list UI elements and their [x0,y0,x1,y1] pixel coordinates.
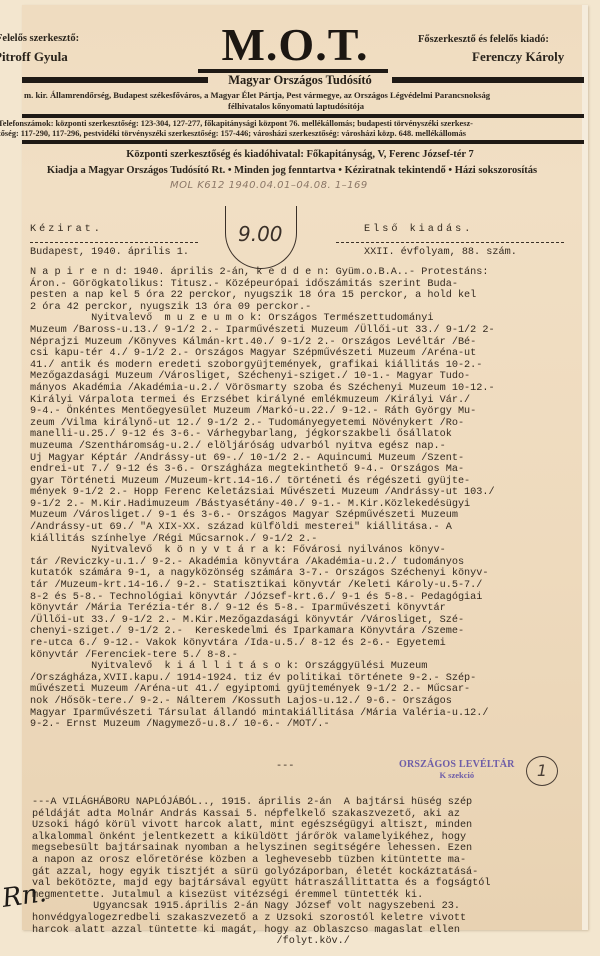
time-stamp: 9.00 [238,222,283,246]
article-line: val bekötözte, majd egy bajtársával együ… [32,878,491,890]
body-line: tár /Reviczky-u.1./ 9-2.- Akadémia könyv… [30,557,495,569]
body-line: Muzeum /Városliget./ 9-1 és 3-6.- Ország… [30,510,495,522]
chief-editor-label: Főszerkesztő és felelős kiadó: [418,34,549,46]
body-line: chenyi-sziget./ 9-1/2 2.- Kereskedelmi é… [30,626,495,638]
phone-rule-top [22,114,584,118]
chief-editor-name: Ferenczy Károly [472,49,564,64]
article-line: példáját adta Molnár András Kassai 5. né… [32,809,491,821]
museums-heading-line: Nyitvalevő m u z e u m o k: Országos Ter… [30,313,495,325]
page-number-mark: 1 [526,756,558,786]
body-line: gyar Történeti Muzeum /Muzeum-krt.14-16.… [30,476,495,488]
body-line: manelli-u.25./ 9-12 és 3-6.- Várhegybarl… [30,429,495,441]
article-line: Ugyancsak 1915.április 2-án Nagy József … [32,901,491,913]
body-line: re-utca 6./ 9-12.- Vakok könyvtára /Ida-… [30,638,495,650]
body-line: Királyi Várpalota termei és Erzsébet kir… [30,395,495,407]
publisher-notice: Kiadja a Magyar Országos Tudósító Rt. • … [0,165,592,176]
body-line: Néprajzi Muzeum /Könyves Kálmán-krt.40./… [30,337,495,349]
article-line: harcok alatt azzal tüntette ki magát, ho… [32,925,491,937]
responsible-editor-label: Felelős szerkesztő: [0,33,79,45]
article-line: a napon az orosz előretörése közben a le… [32,855,491,867]
body-line: endrei-ut 7./ 9-12 és 3-6.- Országháza m… [30,464,495,476]
body-line: művészeti Muzeum /Aréna-ut 41./ egyiptom… [30,684,495,696]
archive-stamp-title: ORSZÁGOS LEVÉLTÁR [399,759,515,770]
body-line: zeum /Vilma királynő-ut 12./ 9-1/2 2.- T… [30,418,495,430]
body-line: Magyar Iparművészeti Társulat állandó mi… [30,708,495,720]
daily-agenda-section: N a p i r e n d: 1940. április 2-án, k e… [30,267,495,731]
world-war-diary-article: ---A VILÁGHÁBORU NAPLÓJÁBÓL.., 1915. ápr… [32,797,491,948]
body-line: 8-2 és 5-8.- Technológiai könyvtár /Józs… [30,592,495,604]
article-line: gát azzal, hogy egyik tisztjét a sürü go… [32,867,491,879]
phone-numbers-line-2: tőség: 117-290, 117-296, pestvidéki törv… [0,129,466,139]
body-line: muzeuma /Szentháromság-u.2./ elöljáróság… [30,441,495,453]
article-headline-line: ---A VILÁGHÁBORU NAPLÓJÁBÓL.., 1915. ápr… [32,797,491,809]
phone-numbers-line-1: Telefonszámok: központi szerkesztőség: 1… [0,119,473,129]
archive-stamp-section: K szekció [399,770,515,780]
body-line: /Andrássy-ut 69./ "A XIX-XX. század külf… [30,522,495,534]
body-line: könyvtár /Ferenciek-tere 5./ 8-8.- [30,650,495,662]
national-archives-stamp: ORSZÁGOS LEVÉLTÁR K szekció [399,759,515,780]
body-line: /Üllői-ut 33./ 9-1/2 2.- M.Kir.Mezőgazda… [30,615,495,627]
body-line: kutatók számára 9-1, a nagyközönség szám… [30,568,495,580]
libraries-heading-line: Nyitvalevő k ö n y v t á r a k: Fővárosi… [30,545,495,557]
article-line: honvédgyalogezredbeli szakaszvezető a z … [32,913,491,925]
issue-number: XXII. évfolyam, 88. szám. [364,247,517,259]
body-line: mények 9-1/2 2.- Hopp Ferenc Keletázsiai… [30,487,495,499]
official-status-line-1: m. kir. Államrendőrség, Budapest székesf… [24,90,490,100]
body-line: tár /Muzeum-krt.14-16./ 9-2.- Statisztik… [30,580,495,592]
manuscript-title: Kézirat. [30,224,103,236]
body-line: könyvtár /Mária Terézia-tér 8./ 9-12 és … [30,603,495,615]
handwritten-signature: Rn. [1,882,48,910]
exhibitions-heading-line: Nyitvalevő k i á l l i t á s o k: Ország… [30,661,495,673]
body-line: Áron.- Görögkatolikus: Titusz.- Középeur… [30,279,495,291]
body-line: kiállitás színhelye /Régi Műcsarnok./ 9-… [30,534,495,546]
body-line: Mezőgazdasági Muzeum /Városliget, Széche… [30,371,495,383]
document-date: Budapest, 1940. április 1. [30,247,189,259]
right-dash-rule [336,242,564,243]
body-line: /Országháza,XVII.kapu./ 1914-1924. tiz é… [30,673,495,685]
body-line: nok /Hősök-tere./ 9-2.- Nálterem /Kossut… [30,696,495,708]
archive-reference: MOL K612 1940.04.01–04.08. 1–169 [170,180,368,191]
body-line: csi kapu-tér 4./ 9-1/2 2.- Országos Magy… [30,348,495,360]
article-line: megmentette. Jutalmul a kisezüst vitézsé… [32,890,491,902]
official-status-line-2: félhivatalos kőnyomatú laptudósítója [228,101,364,111]
left-dash-rule [30,242,198,243]
body-line: pesten a nap kel 5 óra 22 perckor, nyugs… [30,290,495,302]
publication-subtitle: Magyar Országos Tudósító [180,73,420,88]
mot-logo: M.O.T. [205,22,385,68]
edition-title: Első kiadás. [364,224,473,236]
article-line: alkalommal önként jelentkezett a kiküldö… [32,832,491,844]
masthead-rule-right [392,77,584,83]
continuation-note: /folyt.köv./ [32,936,491,948]
body-line: 41./ antik és modern eredeti szoborgyüjt… [30,360,495,372]
responsible-editor-name: Pitroff Gyula [0,49,68,64]
body-line: Muzeum /Baross-u.13./ 9-1/2 2.- Iparművé… [30,325,495,337]
body-line: mányos Akadémia /Akadémia-u.2./ Vörösmar… [30,383,495,395]
office-address: Központi szerkesztőség és kiadóhivatal: … [0,149,600,160]
body-line: N a p i r e n d: 1940. április 2-án, k e… [30,267,495,279]
article-line: megsebesült bajtársainak nyomban a helys… [32,843,491,855]
body-line: Uj Magyar Képtár /Andrássy-ut 69-./ 10-1… [30,453,495,465]
body-line: 9-1/2 2.- M.Kir.Hadimuzeum /Bástyasétány… [30,499,495,511]
article-line: Uzsoki hágó körül vivott harcok alatt, m… [32,820,491,832]
body-line: 2 óra 42 perckor, nyugszik 13 óra 09 per… [30,302,495,314]
body-line: 9-4.- Önkéntes Mentőegyesület Muzeum /Ma… [30,406,495,418]
phone-rule-bottom [22,140,584,144]
section-separator: --- [276,761,294,773]
body-line: 9-2.- Ernst Muzeum /Nagymező-u.8./ 10-6.… [30,719,495,731]
